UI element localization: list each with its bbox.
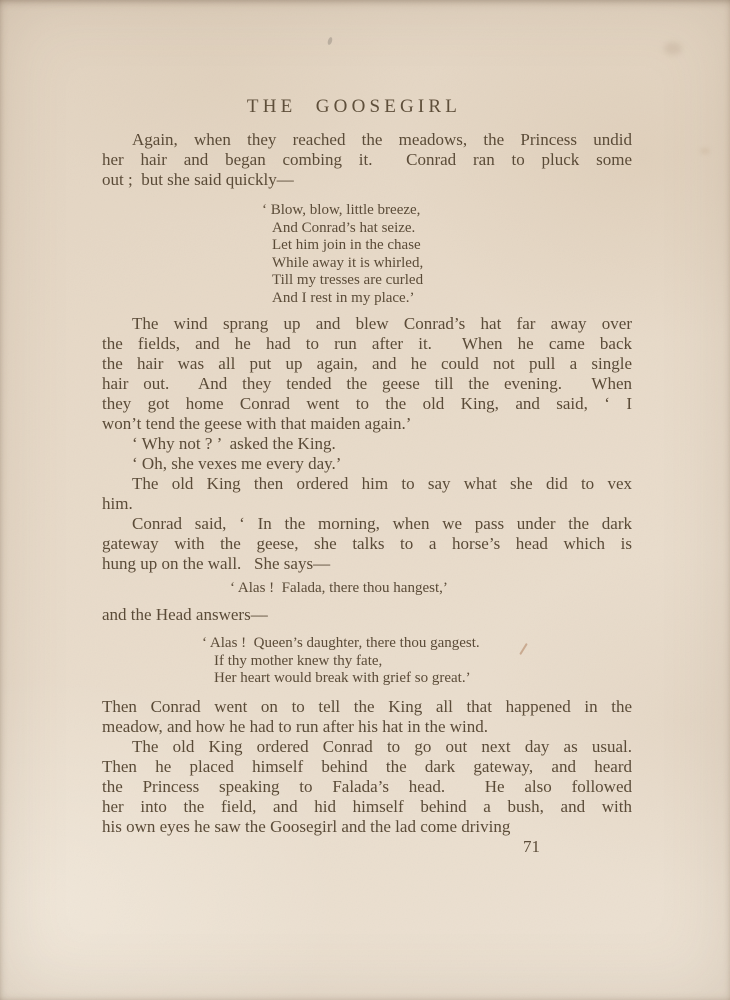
text-line: her hair and began combing it. Conrad ra… <box>102 150 632 170</box>
text-line: her into the field, and hid himself behi… <box>102 797 632 817</box>
verse-line: If thy mother knew thy fate, <box>214 653 632 671</box>
verse-line: Let him join in the chase <box>272 237 632 255</box>
text-line: hair out. And they tended the geese till… <box>102 374 632 394</box>
text-line: Then he placed himself behind the dark g… <box>102 757 632 777</box>
text-line: the fields, and he had to run after it. … <box>102 334 632 354</box>
verse-line: Till my tresses are curled <box>272 272 632 290</box>
paper-smudge <box>664 42 682 55</box>
paragraph-next-day: The old King ordered Conrad to go out ne… <box>102 737 632 837</box>
dialogue-why-not: ‘ Why not ? ’ asked the King. <box>102 434 632 454</box>
paragraph-head-answers: and the Head answers— <box>102 605 632 625</box>
text-line: Then Conrad went on to tell the King all… <box>102 697 632 717</box>
text-line: and the Head answers— <box>102 605 632 625</box>
text-line: they got home Conrad went to the old Kin… <box>102 394 632 414</box>
text-line: his own eyes he saw the Goosegirl and th… <box>102 817 632 837</box>
verse-line: While away it is whirled, <box>272 255 632 273</box>
paragraph-conrad-said: Conrad said, ‘ In the morning, when we p… <box>102 514 632 574</box>
verse-line: And I rest in my place.’ <box>272 290 632 308</box>
text-line: meadow, and how he had to run after his … <box>102 717 632 737</box>
text-line: The old King ordered Conrad to go out ne… <box>102 737 632 757</box>
text-line: him. <box>102 494 632 514</box>
verse-line: ‘ Blow, blow, little breeze, <box>262 202 632 220</box>
page-heading: THE GOOSEGIRL <box>89 96 619 118</box>
book-page: THE GOOSEGIRL Again, when they reached t… <box>0 0 730 1000</box>
paragraph-then-conrad: Then Conrad went on to tell the King all… <box>102 697 632 737</box>
text-line: The old King then ordered him to say wha… <box>102 474 632 494</box>
verse-queens-daughter: ‘ Alas ! Queen’s daughter, there thou ga… <box>214 635 632 688</box>
text-line: the hair was all put up again, and he co… <box>102 354 632 374</box>
text-line: hung up on the wall. She says— <box>102 554 632 574</box>
page-number: 71 <box>102 837 632 857</box>
paragraph-wind: The wind sprang up and blew Conrad’s hat… <box>102 314 632 434</box>
text-line: Conrad said, ‘ In the morning, when we p… <box>102 514 632 534</box>
text-column: THE GOOSEGIRL Again, when they reached t… <box>102 0 632 857</box>
verse-line: And Conrad’s hat seize. <box>272 220 632 238</box>
verse-line: ‘ Alas ! Falada, there thou hangest,’ <box>230 579 632 597</box>
text-line: out ; but she said quickly— <box>102 170 632 190</box>
text-line: the Princess speaking to Falada’s head. … <box>102 777 632 797</box>
text-line: The wind sprang up and blew Conrad’s hat… <box>102 314 632 334</box>
text-line: ‘ Oh, she vexes me every day.’ <box>102 454 632 474</box>
text-line: won’t tend the geese with that maiden ag… <box>102 414 632 434</box>
verse-breeze: ‘ Blow, blow, little breeze, And Conrad’… <box>272 202 632 307</box>
paper-smudge <box>700 148 710 154</box>
text-line: Again, when they reached the meadows, th… <box>102 130 632 150</box>
verse-line: Her heart would break with grief so grea… <box>214 670 632 688</box>
paragraph-ordered: The old King then ordered him to say wha… <box>102 474 632 514</box>
paragraph-intro: Again, when they reached the meadows, th… <box>102 130 632 190</box>
text-line: ‘ Why not ? ’ asked the King. <box>102 434 632 454</box>
text-line: gateway with the geese, she talks to a h… <box>102 534 632 554</box>
quote-falada: ‘ Alas ! Falada, there thou hangest,’ <box>230 579 632 597</box>
verse-line: ‘ Alas ! Queen’s daughter, there thou ga… <box>202 635 632 653</box>
dialogue-vexes: ‘ Oh, she vexes me every day.’ <box>102 454 632 474</box>
